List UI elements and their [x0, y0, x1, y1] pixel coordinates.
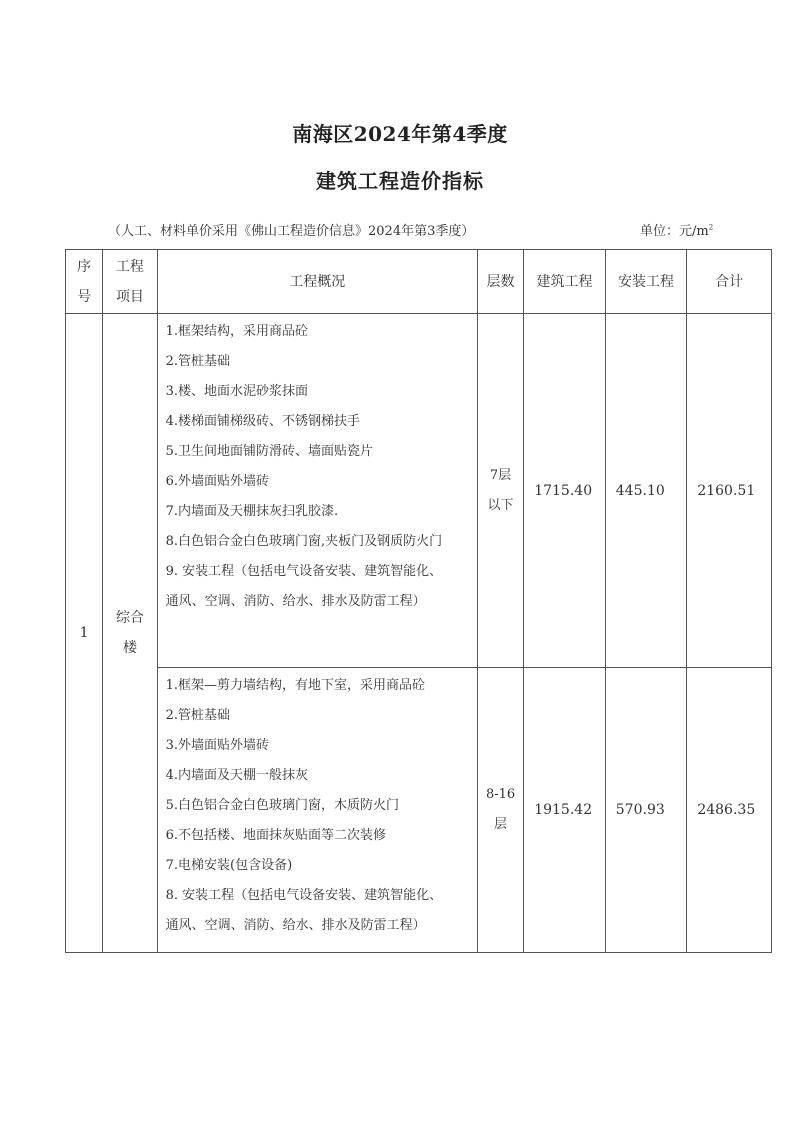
description-cell: 1.框架结构，采用商品砼2.管桩基础 3.楼、地面水泥砂浆抹面4.楼梯面铺梯级砖…	[157, 314, 477, 668]
header-item: 工程项目	[103, 250, 157, 314]
seq-cell: 1	[66, 314, 103, 953]
item-cell: 综合楼	[103, 314, 157, 953]
document-title: 南海区2024年第4季度	[0, 118, 800, 147]
unit-text: 单位：元/m	[640, 224, 709, 239]
cost-index-table: 序号 工程项目 工程概况 层数 建筑工程 安装工程 合计 1 综合楼 1.框架结…	[65, 249, 772, 953]
header-building-cost: 建筑工程	[524, 250, 606, 314]
total-cost-cell: 2160.51	[687, 314, 772, 668]
price-source-note: （人工、材料单价采用《佛山工程造价信息》2024年第3季度）	[108, 220, 474, 239]
table-header-row: 序号 工程项目 工程概况 层数 建筑工程 安装工程 合计	[66, 250, 772, 314]
header-seq: 序号	[66, 250, 103, 314]
building-cost-cell: 1915.42	[524, 668, 606, 953]
floors-cell: 8-16层	[477, 668, 523, 953]
installation-cost-cell: 445.10	[605, 314, 687, 668]
header-floors: 层数	[477, 250, 523, 314]
table-row: 1.框架—剪力墙结构，有地下室，采用商品砼2.管桩基础 3.外墙面贴外墙砖4.内…	[66, 668, 772, 953]
header-installation-cost: 安装工程	[605, 250, 687, 314]
header-description: 工程概况	[157, 250, 477, 314]
building-cost-cell: 1715.40	[524, 314, 606, 668]
description-cell: 1.框架—剪力墙结构，有地下室，采用商品砼2.管桩基础 3.外墙面贴外墙砖4.内…	[157, 668, 477, 953]
document-subtitle: 建筑工程造价指标	[0, 165, 800, 194]
table-row: 1 综合楼 1.框架结构，采用商品砼2.管桩基础 3.楼、地面水泥砂浆抹面4.楼…	[66, 314, 772, 668]
unit-label: 单位：元/m2	[640, 220, 713, 239]
unit-superscript: 2	[709, 224, 713, 232]
total-cost-cell: 2486.35	[687, 668, 772, 953]
installation-cost-cell: 570.93	[605, 668, 687, 953]
header-total: 合计	[687, 250, 772, 314]
floors-cell: 7层以下	[477, 314, 523, 668]
